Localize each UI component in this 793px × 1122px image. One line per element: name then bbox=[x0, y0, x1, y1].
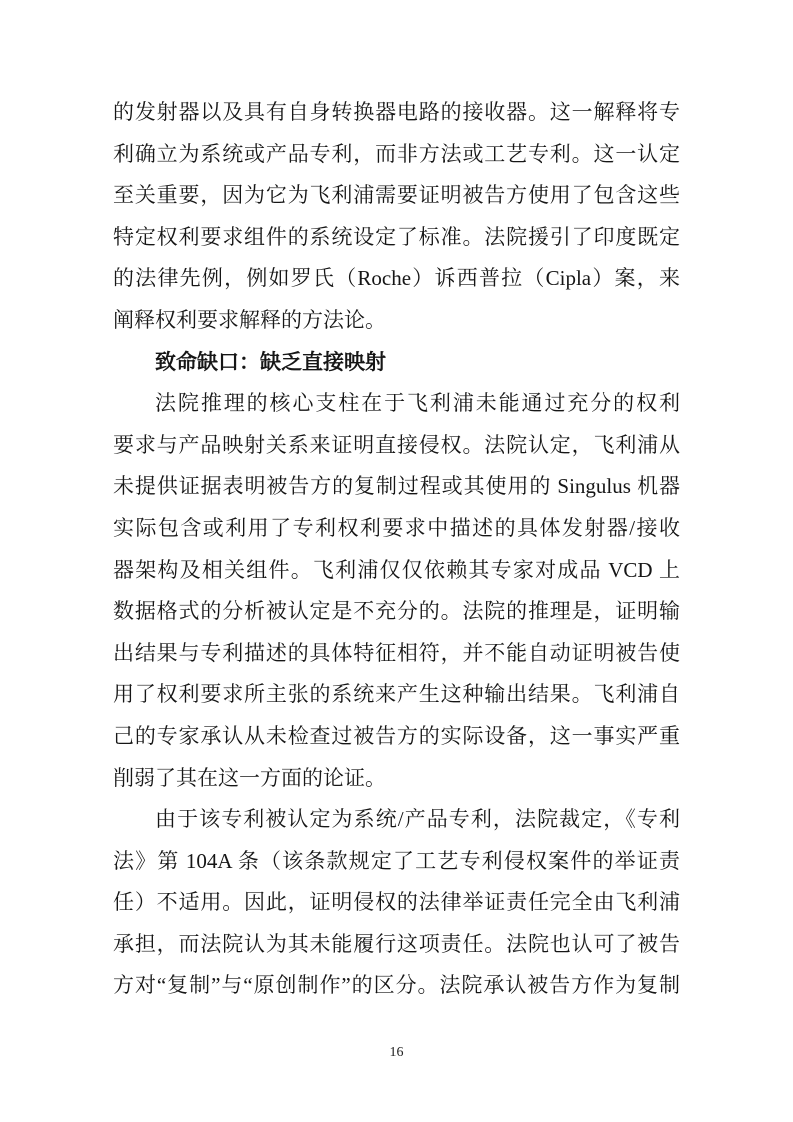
text-line: 的发射器以及具有自身转换器电路的接收器。这一解释将专 bbox=[113, 92, 680, 134]
text-line: 削弱了其在这一方面的论证。 bbox=[113, 758, 680, 800]
text-line: 特定权利要求组件的系统设定了标准。法院援引了印度既定 bbox=[113, 217, 680, 259]
text-line: 未提供证据表明被告方的复制过程或其使用的 Singulus 机器 bbox=[113, 466, 680, 508]
text-line: 任）不适用。因此，证明侵权的法律举证责任完全由飞利浦 bbox=[113, 882, 680, 924]
paragraph-burden-of-proof: 由于该专利被认定为系统/产品专利，法院裁定，《专利 法》第 104A 条（该条款… bbox=[113, 799, 680, 1007]
paragraph-continuation: 的发射器以及具有自身转换器电路的接收器。这一解释将专 利确立为系统或产品专利，而… bbox=[113, 92, 680, 342]
page-body-text: 的发射器以及具有自身转换器电路的接收器。这一解释将专 利确立为系统或产品专利，而… bbox=[113, 92, 680, 1007]
text-line: 利确立为系统或产品专利，而非方法或工艺专利。这一认定 bbox=[113, 134, 680, 176]
text-line: 阐释权利要求解释的方法论。 bbox=[113, 300, 680, 342]
paragraph-direct-mapping: 法院推理的核心支柱在于飞利浦未能通过充分的权利 要求与产品映射关系来证明直接侵权… bbox=[113, 383, 680, 799]
text-line: 至关重要，因为它为飞利浦需要证明被告方使用了包含这些 bbox=[113, 175, 680, 217]
text-line: 法》第 104A 条（该条款规定了工艺专利侵权案件的举证责 bbox=[113, 841, 680, 883]
page-footer: 16 bbox=[0, 1045, 793, 1061]
text-line: 用了权利要求所主张的系统来产生这种输出结果。飞利浦自 bbox=[113, 674, 680, 716]
text-line: 数据格式的分析被认定是不充分的。法院的推理是，证明输 bbox=[113, 591, 680, 633]
text-line: 法院推理的核心支柱在于飞利浦未能通过充分的权利 bbox=[113, 383, 680, 425]
text-line: 器架构及相关组件。飞利浦仅仅依赖其专家对成品 VCD 上 bbox=[113, 550, 680, 592]
text-line: 出结果与专利描述的具体特征相符，并不能自动证明被告使 bbox=[113, 633, 680, 675]
text-line: 己的专家承认从未检查过被告方的实际设备，这一事实严重 bbox=[113, 716, 680, 758]
section-heading: 致命缺口：缺乏直接映射 bbox=[113, 342, 680, 384]
text-line: 方对“复制”与“原创制作”的区分。法院承认被告方作为复制 bbox=[113, 965, 680, 1007]
text-line: 承担，而法院认为其未能履行这项责任。法院也认可了被告 bbox=[113, 924, 680, 966]
text-line: 实际包含或利用了专利权利要求中描述的具体发射器/接收 bbox=[113, 508, 680, 550]
text-line: 的法律先例，例如罗氏（Roche）诉西普拉（Cipla）案，来 bbox=[113, 258, 680, 300]
document-page: 的发射器以及具有自身转换器电路的接收器。这一解释将专 利确立为系统或产品专利，而… bbox=[0, 0, 793, 1122]
text-line: 要求与产品映射关系来证明直接侵权。法院认定，飞利浦从 bbox=[113, 425, 680, 467]
page-number: 16 bbox=[390, 1045, 404, 1060]
text-line: 由于该专利被认定为系统/产品专利，法院裁定，《专利 bbox=[113, 799, 680, 841]
